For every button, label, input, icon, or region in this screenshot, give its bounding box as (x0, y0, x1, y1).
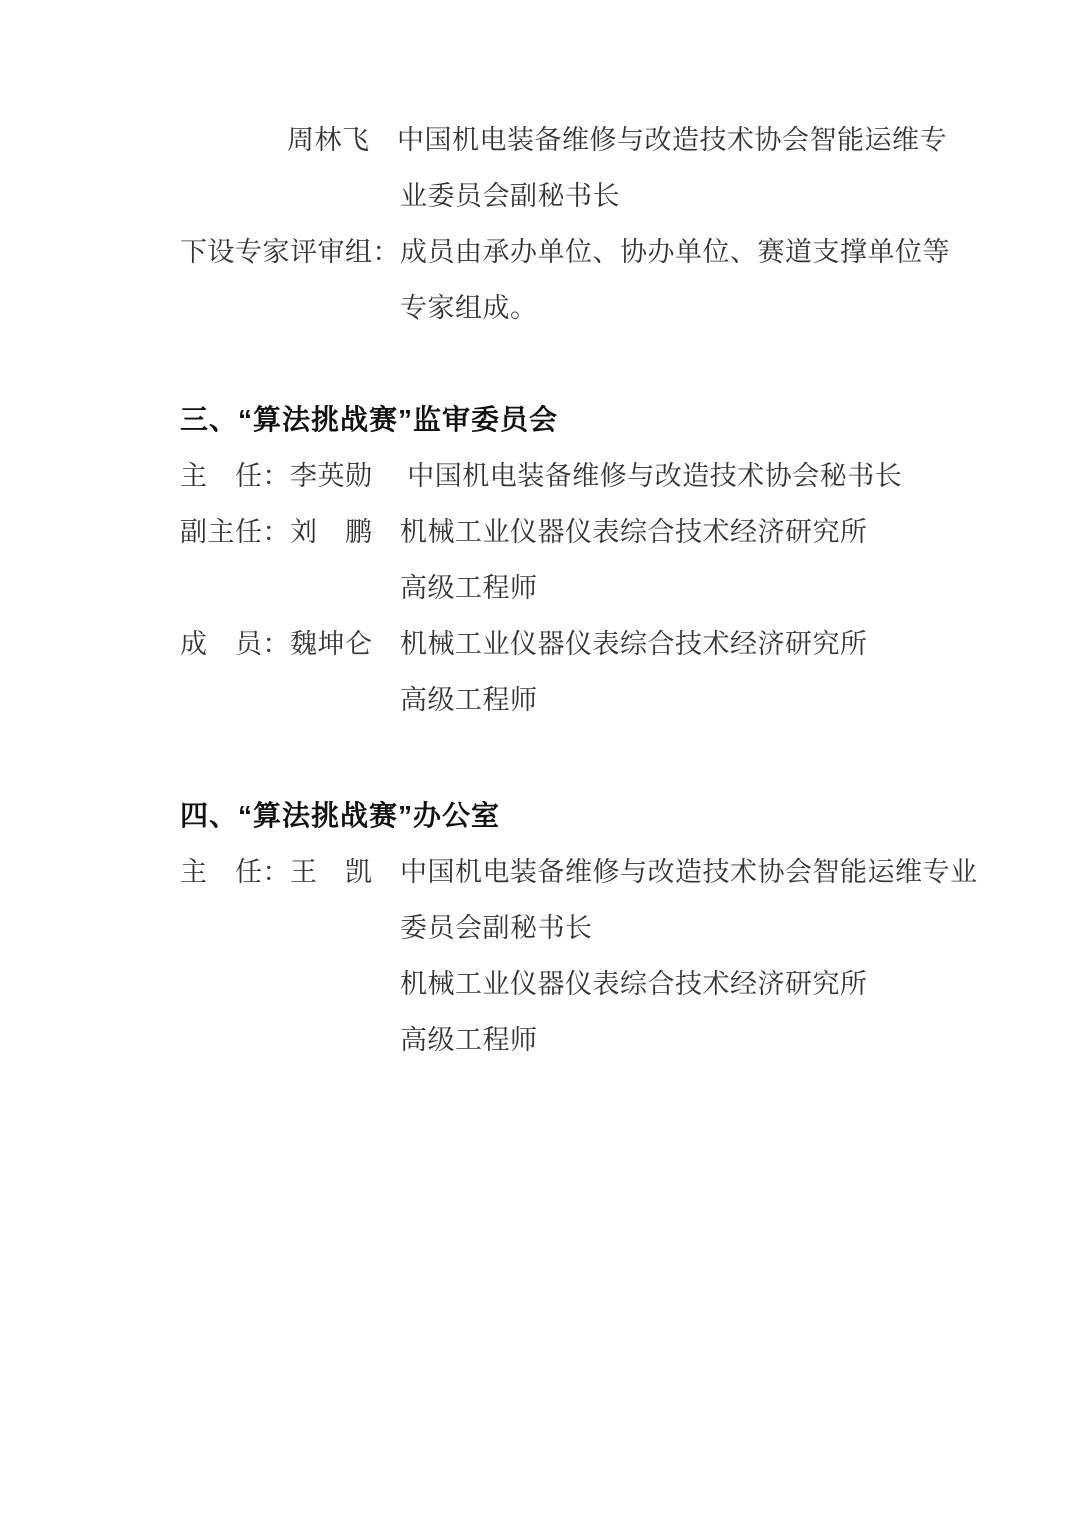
member-line-wei-kunlun: 成 员：魏坤仑 机械工业仪器仪表综合技术经济研究所 (180, 616, 970, 672)
section-heading-4: 四、“算法挑战赛”办公室 (180, 788, 970, 844)
document-page: 周林飞 中国机电装备维修与改造技术协会智能运维专 业委员会副秘书长 下设专家评审… (0, 0, 1080, 1527)
section-heading-3: 三、“算法挑战赛”监审委员会 (180, 392, 970, 448)
deputy-director-line: 副主任：刘 鹏 机械工业仪器仪表综合技术经济研究所 (180, 504, 970, 560)
document-content: 周林飞 中国机电装备维修与改造技术协会智能运维专 业委员会副秘书长 下设专家评审… (180, 112, 970, 1068)
office-director-line-wrap-2: 机械工业仪器仪表综合技术经济研究所 (180, 956, 970, 1012)
blank-line (180, 336, 970, 392)
deputy-director-title-wrap: 高级工程师 (180, 560, 970, 616)
member-line-zhou-linfei: 周林飞 中国机电装备维修与改造技术协会智能运维专 (180, 112, 970, 168)
member-title-wrap: 高级工程师 (180, 672, 970, 728)
member-line-wrap: 业委员会副秘书长 (180, 168, 970, 224)
office-director-line-wrap-1: 委员会副秘书长 (180, 900, 970, 956)
blank-line (180, 728, 970, 788)
expert-review-group-line: 下设专家评审组：成员由承办单位、协办单位、赛道支撑单位等 (180, 224, 970, 280)
expert-review-group-line-wrap: 专家组成。 (180, 280, 970, 336)
director-line: 主 任：李英勋 中国机电装备维修与改造技术协会秘书长 (180, 448, 970, 504)
office-director-line: 主 任：王 凯 中国机电装备维修与改造技术协会智能运维专业 (180, 844, 970, 900)
office-director-title-wrap: 高级工程师 (180, 1012, 970, 1068)
